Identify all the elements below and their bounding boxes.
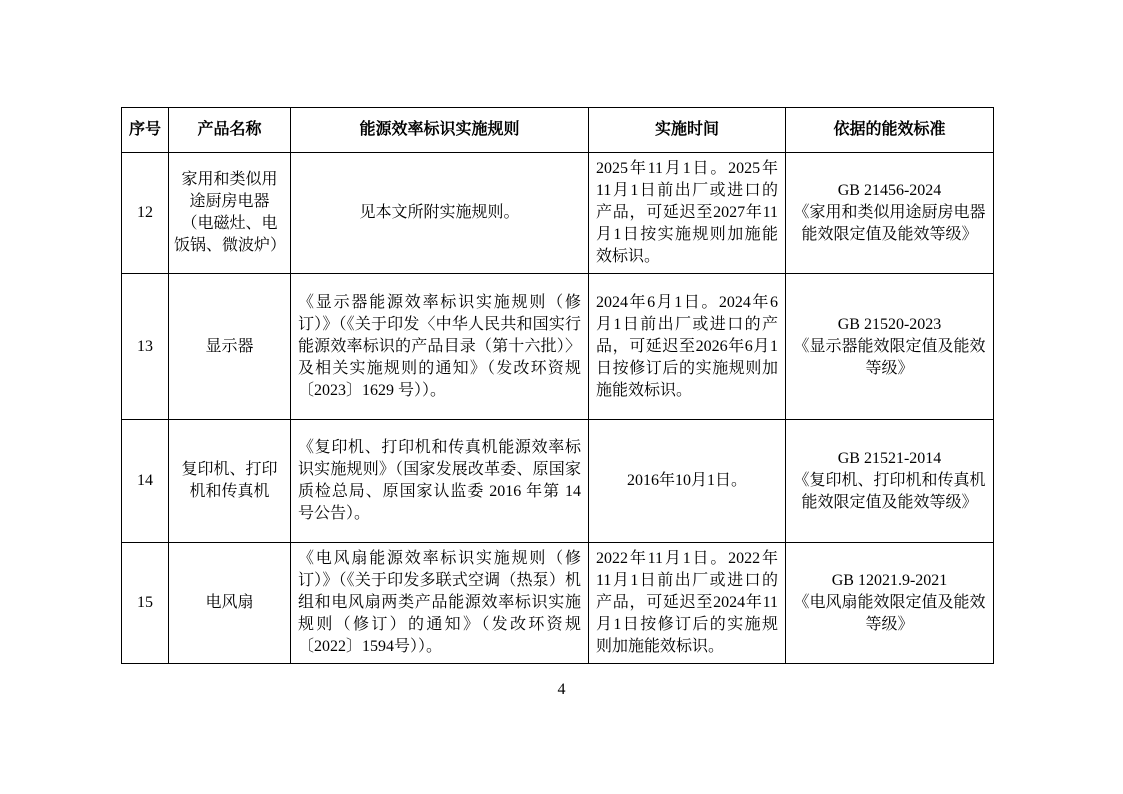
cell-product-name: 家用和类似用途厨房电器（电磁灶、电饭锅、微波炉）: [169, 153, 291, 274]
col-header-index: 序号: [122, 108, 169, 153]
standard-title: 《复印机、打印机和传真机能效限定值及能效等级》: [793, 470, 986, 514]
cell-product-name: 复印机、打印机和传真机: [169, 420, 291, 543]
cell-efficiency-standard: GB 21520-2023 《显示器能效限定值及能效等级》: [786, 274, 994, 420]
standard-title: 《显示器能效限定值及能效等级》: [793, 336, 986, 380]
cell-implementation-time: 2016年10月1日。: [589, 420, 786, 543]
cell-index: 12: [122, 153, 169, 274]
page-number: 4: [0, 681, 1123, 699]
table-row: 12 家用和类似用途厨房电器（电磁灶、电饭锅、微波炉） 见本文所附实施规则。 2…: [122, 153, 994, 274]
cell-implementation-rule: 《复印机、打印机和传真机能源效率标识实施规则》（国家发展改革委、原国家质检总局、…: [291, 420, 589, 543]
table-row: 14 复印机、打印机和传真机 《复印机、打印机和传真机能源效率标识实施规则》（国…: [122, 420, 994, 543]
table-row: 13 显示器 《显示器能源效率标识实施规则（修订）》（《关于印发〈中华人民共和国…: [122, 274, 994, 420]
cell-implementation-rule: 见本文所附实施规则。: [291, 153, 589, 274]
energy-label-rules-table: 序号 产品名称 能源效率标识实施规则 实施时间 依据的能效标准 12 家用和类似…: [121, 107, 994, 664]
cell-index: 13: [122, 274, 169, 420]
col-header-efficiency-standard: 依据的能效标准: [786, 108, 994, 153]
cell-index: 15: [122, 543, 169, 664]
standard-code: GB 12021.9-2021: [793, 570, 986, 592]
table-body: 12 家用和类似用途厨房电器（电磁灶、电饭锅、微波炉） 见本文所附实施规则。 2…: [122, 153, 994, 664]
table-header-row: 序号 产品名称 能源效率标识实施规则 实施时间 依据的能效标准: [122, 108, 994, 153]
cell-efficiency-standard: GB 12021.9-2021 《电风扇能效限定值及能效等级》: [786, 543, 994, 664]
cell-implementation-time: 2025年11月1日。2025年11月1日前出厂或进口的产品，可延迟至2027年…: [589, 153, 786, 274]
cell-implementation-rule: 《显示器能源效率标识实施规则（修订）》（《关于印发〈中华人民共和国实行能源效率标…: [291, 274, 589, 420]
cell-index: 14: [122, 420, 169, 543]
cell-implementation-rule: 《电风扇能源效率标识实施规则（修订）》（《关于印发多联式空调（热泵）机组和电风扇…: [291, 543, 589, 664]
standard-title: 《电风扇能效限定值及能效等级》: [793, 592, 986, 636]
standard-title: 《家用和类似用途厨房电器能效限定值及能效等级》: [793, 202, 986, 246]
cell-efficiency-standard: GB 21456-2024 《家用和类似用途厨房电器能效限定值及能效等级》: [786, 153, 994, 274]
standard-code: GB 21521-2014: [793, 448, 986, 470]
cell-efficiency-standard: GB 21521-2014 《复印机、打印机和传真机能效限定值及能效等级》: [786, 420, 994, 543]
document-page: 序号 产品名称 能源效率标识实施规则 实施时间 依据的能效标准 12 家用和类似…: [0, 0, 1123, 794]
cell-product-name: 电风扇: [169, 543, 291, 664]
col-header-product-name: 产品名称: [169, 108, 291, 153]
cell-product-name: 显示器: [169, 274, 291, 420]
table-row: 15 电风扇 《电风扇能源效率标识实施规则（修订）》（《关于印发多联式空调（热泵…: [122, 543, 994, 664]
cell-implementation-time: 2022年11月1日。2022年11月1日前出厂或进口的产品，可延迟至2024年…: [589, 543, 786, 664]
standard-code: GB 21456-2024: [793, 180, 986, 202]
col-header-implementation-time: 实施时间: [589, 108, 786, 153]
standard-code: GB 21520-2023: [793, 314, 986, 336]
cell-implementation-time: 2024年6月1日。2024年6月1日前出厂或进口的产品，可延迟至2026年6月…: [589, 274, 786, 420]
col-header-implementation-rule: 能源效率标识实施规则: [291, 108, 589, 153]
